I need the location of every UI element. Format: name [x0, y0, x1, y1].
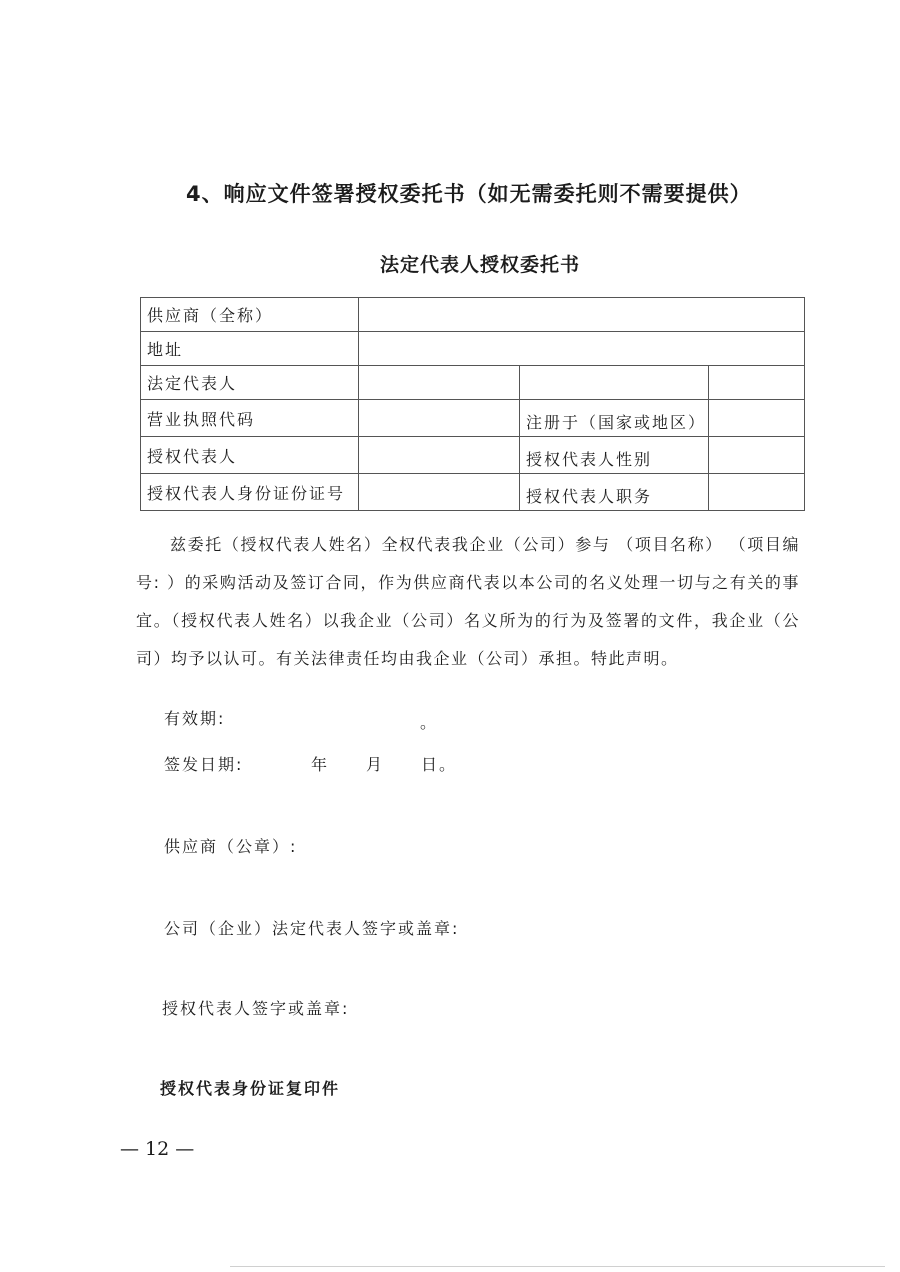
field-registered-in[interactable]: [709, 400, 805, 437]
auth-rep-signature-label: 授权代表人签字或盖章:: [162, 996, 349, 1019]
field-business-license-code[interactable]: [359, 400, 520, 437]
field-authorized-rep-id[interactable]: [359, 474, 520, 511]
label-supplier-name: 供应商（全称）: [141, 298, 359, 332]
table-row: 营业执照代码 注册于（国家或地区）: [141, 400, 805, 437]
label-business-license-code: 营业执照代码: [141, 400, 359, 437]
field-authorized-rep-title[interactable]: [709, 474, 805, 511]
label-registered-in: 注册于（国家或地区）: [520, 400, 709, 437]
field-blank[interactable]: [709, 366, 805, 400]
field-legal-representative[interactable]: [359, 366, 520, 400]
label-authorized-rep: 授权代表人: [141, 437, 359, 474]
label-blank: [520, 366, 709, 400]
label-address: 地址: [141, 332, 359, 366]
issue-date-label: 签发日期:: [164, 752, 243, 775]
label-authorized-rep-id: 授权代表人身份证份证号: [141, 474, 359, 511]
label-legal-representative: 法定代表人: [141, 366, 359, 400]
supplier-seal-label: 供应商（公章）:: [164, 834, 297, 857]
id-copy-title: 授权代表身份证复印件: [160, 1076, 340, 1099]
field-supplier-name[interactable]: [359, 298, 805, 332]
scan-edge-line: [230, 1266, 885, 1267]
label-authorized-rep-title: 授权代表人职务: [520, 474, 709, 511]
validity-label: 有效期:: [164, 706, 225, 729]
table-row: 法定代表人: [141, 366, 805, 400]
legal-rep-signature-label: 公司（企业）法定代表人签字或盖章:: [164, 916, 459, 939]
field-authorized-rep-gender[interactable]: [709, 437, 805, 474]
document-title: 法定代表人授权委托书: [380, 250, 580, 277]
table-row: 供应商（全称）: [141, 298, 805, 332]
issue-date-month: 月: [366, 752, 384, 775]
issue-date-year: 年: [311, 752, 329, 775]
section-heading: 4、响应文件签署授权委托书（如无需委托则不需要提供）: [186, 178, 752, 208]
authorization-statement: 兹委托（授权代表人姓名）全权代表我企业（公司）参与 （项目名称） （项目编号: …: [136, 526, 800, 678]
table-row: 授权代表人 授权代表人性别: [141, 437, 805, 474]
table-row: 授权代表人身份证份证号 授权代表人职务: [141, 474, 805, 511]
label-authorized-rep-gender: 授权代表人性别: [520, 437, 709, 474]
field-authorized-rep[interactable]: [359, 437, 520, 474]
issue-date-day: 日。: [421, 752, 457, 775]
authorization-form-table: 供应商（全称） 地址 法定代表人 营业执照代码 注册于（国家或地区） 授权代表人…: [140, 297, 805, 511]
page-number: — 12 —: [120, 1138, 194, 1160]
validity-end-mark: 。: [420, 710, 438, 733]
field-address[interactable]: [359, 332, 805, 366]
table-row: 地址: [141, 332, 805, 366]
